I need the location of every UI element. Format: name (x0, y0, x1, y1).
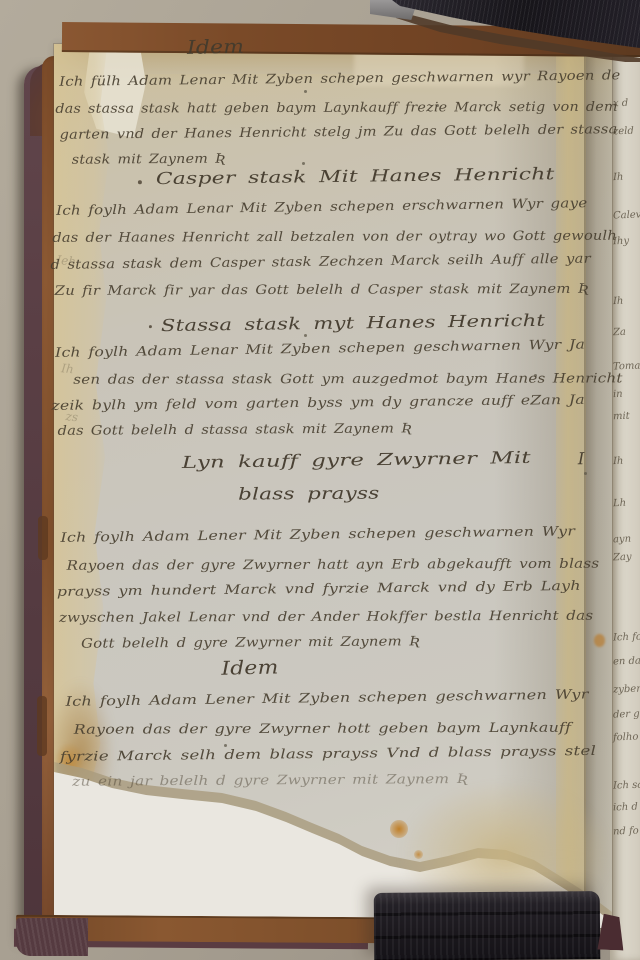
facing-page-fragment: Zay (613, 552, 632, 564)
facing-page-fragment: Toma (613, 361, 640, 373)
ink-speck (304, 90, 307, 93)
facing-page-sliver: x d zeld Ih Calev Ihy Ih Za Toma in mit … (610, 0, 640, 960)
facing-page-fragment: der ga (613, 708, 640, 720)
facing-page-fragment: Ich fo (613, 631, 640, 643)
ink-speck (224, 744, 227, 747)
ink-speck (304, 334, 307, 337)
facing-page-fragment: Ih (613, 296, 624, 307)
facing-page-fragment: Calev (613, 210, 640, 222)
book-cover-corner-bottom-left (16, 918, 88, 956)
ink-speck (302, 162, 305, 165)
leather-tear (37, 696, 47, 756)
facing-page-fragment: x d (613, 98, 629, 110)
amber-stain (390, 820, 408, 838)
leather-tear (38, 516, 48, 560)
facing-page-fragment: Ihy (613, 236, 629, 248)
facing-page-fragment: Za (613, 327, 626, 338)
facing-page-fragment: folho (613, 732, 639, 744)
facing-page-fragment: Ich sah (613, 779, 640, 791)
facing-page-fragment: zeld (613, 126, 634, 138)
book-clasp-bottom-texture (374, 891, 601, 960)
facing-page-fragment: in (613, 389, 623, 400)
manuscript-photo: x d zeld Ih Calev Ihy Ih Za Toma in mit … (0, 0, 640, 960)
facing-page-fragment: ich d (613, 802, 638, 814)
manuscript-page (54, 44, 612, 928)
facing-page-fragment: en da (613, 656, 640, 668)
facing-page-fragment: mit (613, 411, 630, 423)
facing-page-fragment: ayn (613, 534, 631, 546)
facing-page-fragment: Ih (613, 172, 624, 183)
facing-page-fragment: zyben (613, 683, 640, 695)
amber-stain (414, 850, 423, 859)
amber-stain (594, 634, 605, 647)
ink-speck (584, 472, 587, 475)
facing-page-fragment: nd fo (613, 826, 639, 838)
ink-speck (534, 374, 537, 377)
ink-speck (436, 104, 439, 107)
facing-page-fragment: Ih (613, 456, 624, 467)
facing-page-fragment: Lh (613, 498, 626, 509)
